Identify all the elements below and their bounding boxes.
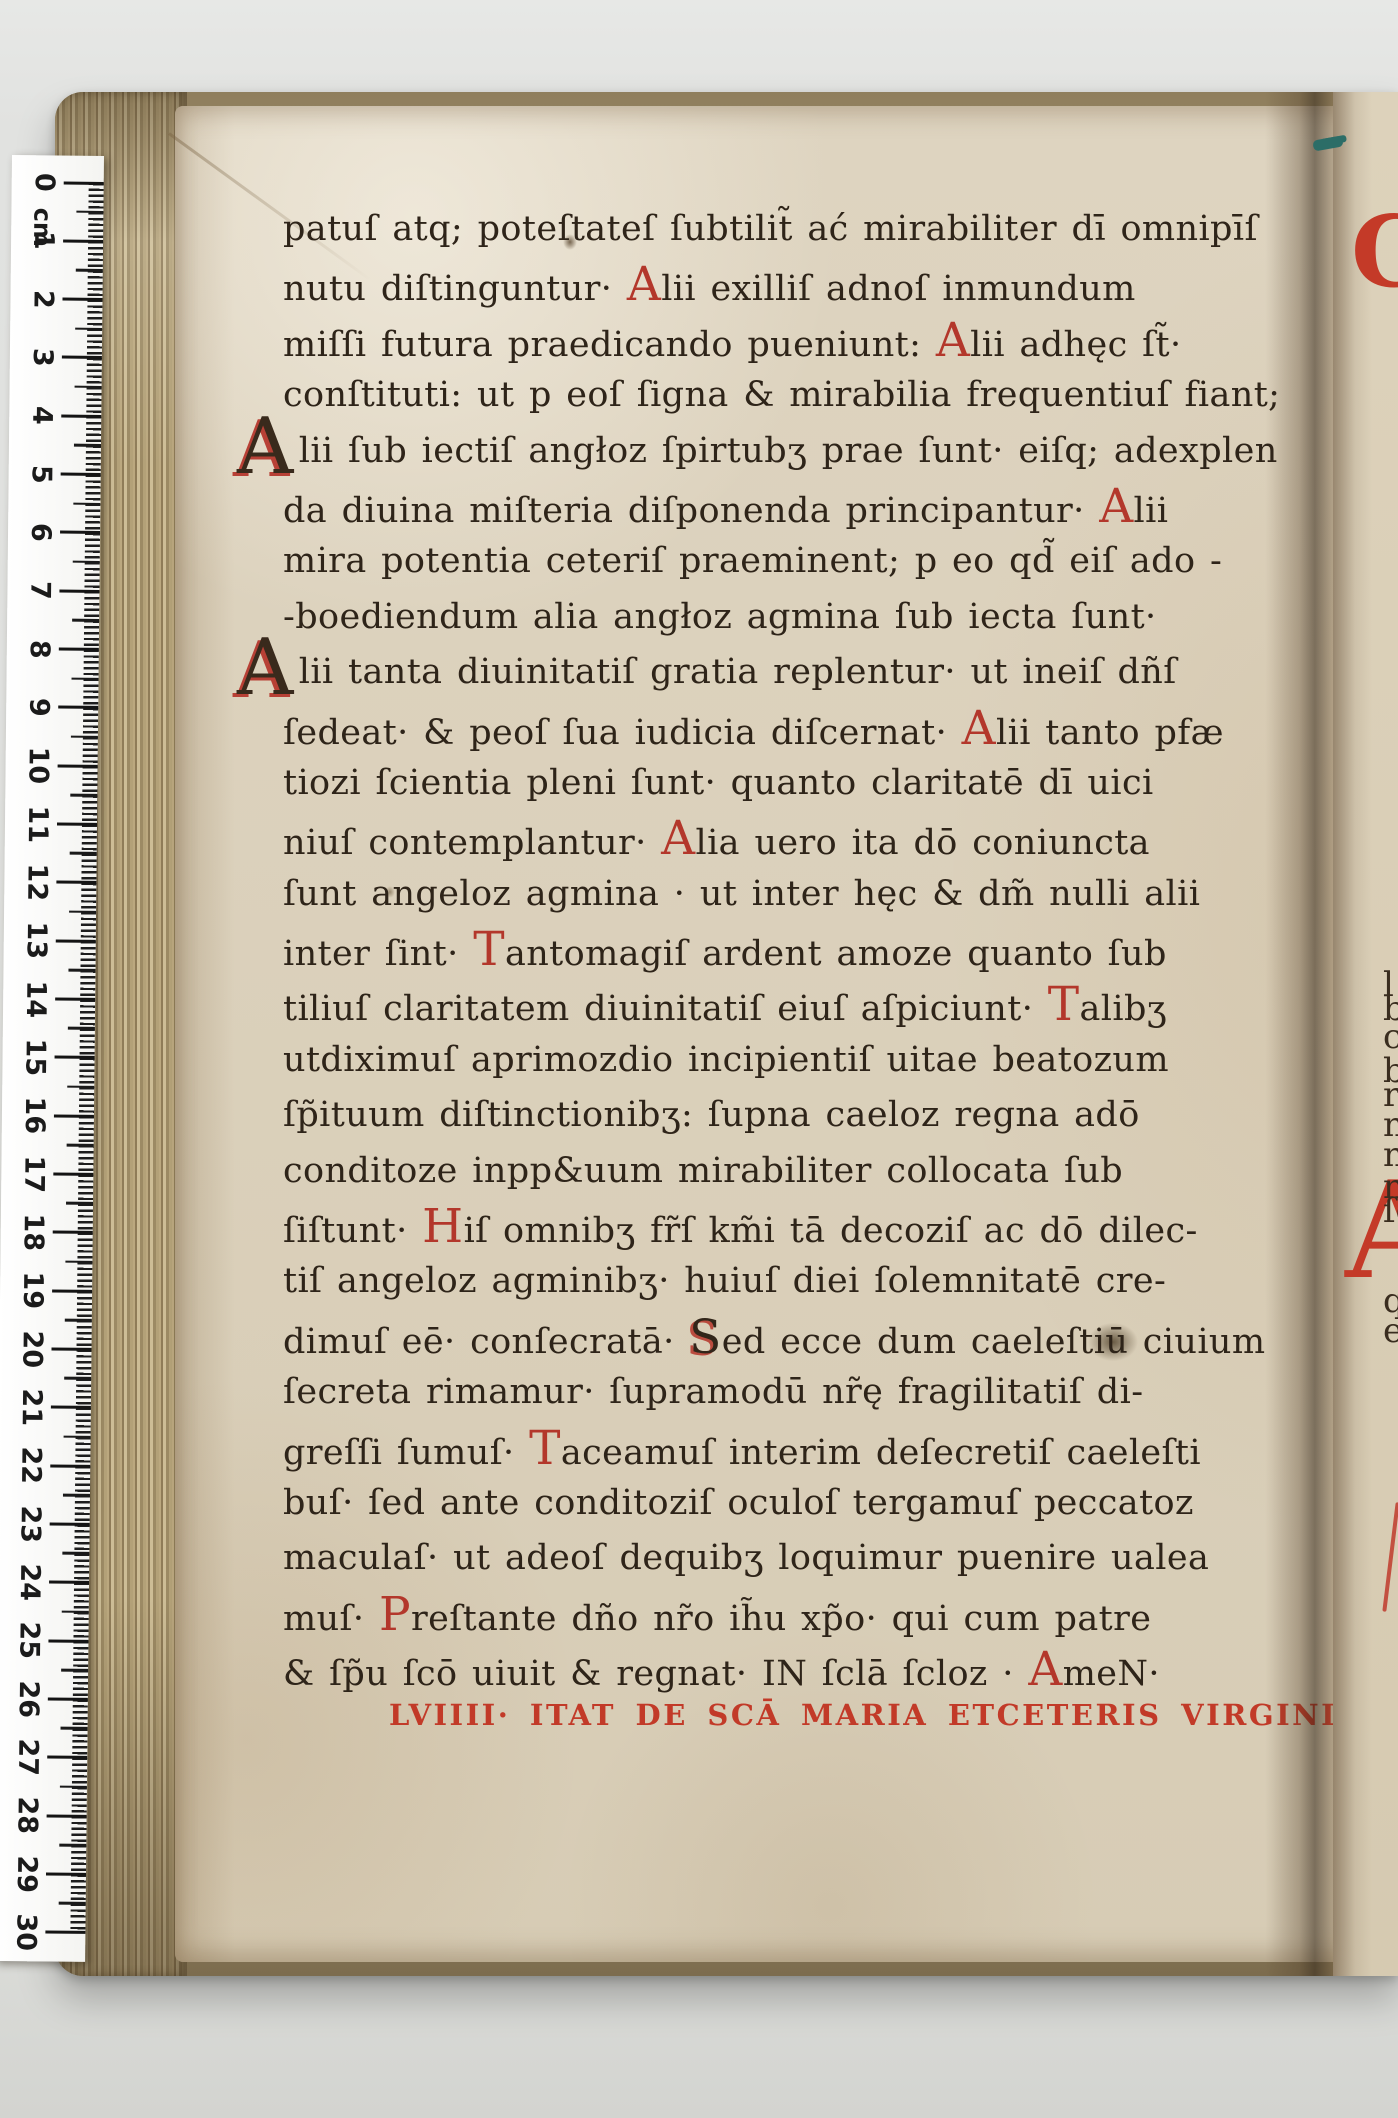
manuscript-line: miſſi futura praedicando pueniunt: Alii …: [283, 313, 1333, 368]
ruler-half-cm-tick: [76, 269, 103, 272]
manuscript-text: lii adhęc ſt̃·: [970, 325, 1181, 365]
ruler-cm-tick: [51, 1406, 91, 1409]
ruler-cm-tick: [53, 1173, 93, 1176]
manuscript-text: lia uero ita dō coniuncta: [695, 823, 1149, 863]
ruler-cm-number: 12: [20, 865, 54, 899]
initial-letter: A: [962, 701, 996, 756]
ruler-cm-number: 2: [26, 282, 60, 316]
ruler-cm-tick: [59, 589, 99, 592]
manuscript-line: mira potentia ceteriſ praeminent; p eo q…: [283, 534, 1333, 589]
ruler-cm-number: 28: [10, 1798, 44, 1832]
manuscript-line: ſecreta rimamur· ſupramodū nr̃ę fragilit…: [283, 1365, 1333, 1420]
ruler-half-cm-tick: [64, 1435, 91, 1438]
ruler-cm-number: 18: [17, 1215, 51, 1249]
ruler-cm-tick: [60, 531, 100, 534]
initial-letter: A: [1099, 479, 1133, 534]
ruler-half-cm-tick: [64, 1377, 91, 1380]
manuscript-text: ſp̃ituum diſtinctionibʒ: ſupna caeloz re…: [283, 1095, 1140, 1135]
ruler-cm-tick: [51, 1348, 91, 1351]
initial-letter: T: [473, 922, 505, 977]
manuscript-line: Alii tanta diuinitatiſ gratia replentur·…: [283, 645, 1333, 700]
manuscript-line: greſſi ſumuſ· Taceamuſ interim deſecreti…: [283, 1421, 1333, 1476]
ruler-cm-tick: [59, 648, 99, 651]
manuscript-text: greſſi ſumuſ·: [283, 1433, 529, 1473]
ruler-half-cm-tick: [72, 619, 99, 622]
manuscript-text: -boediendum alia angłoz agmina ſub iecta…: [283, 597, 1157, 637]
ruler-cm-tick: [45, 1931, 85, 1934]
manuscript-text: lii: [1134, 491, 1169, 531]
ruler-cm-tick: [62, 356, 102, 359]
manuscript-text: tiozi ſcientia pleni ſunt· quanto clarit…: [283, 763, 1154, 803]
initial-letter: A: [936, 313, 970, 368]
manuscript-line: niuſ contemplantur· Alia uero ita dō con…: [283, 811, 1333, 866]
ruler-cm-tick: [52, 1289, 92, 1292]
manuscript-text: lii tanto pfæ: [996, 713, 1224, 753]
manuscript-line: buſ· ſed ante conditoziſ oculoſ tergamuſ…: [283, 1476, 1333, 1531]
ruler-cm-tick: [48, 1698, 88, 1701]
manuscript-line: conditoze inpp&uum mirabiliter collocata…: [283, 1144, 1333, 1199]
initial-letter: H: [422, 1199, 463, 1254]
manuscript-text: inter ſint·: [283, 934, 473, 974]
manuscript-line: ſp̃ituum diſtinctionibʒ: ſupna caeloz re…: [283, 1088, 1333, 1143]
ruler-cm-number: 6: [24, 515, 58, 549]
ruler-cm-number: 5: [24, 457, 58, 491]
manuscript-text: mira potentia ceteriſ praeminent; p eo q…: [283, 541, 1222, 581]
initial-letter: T: [1048, 977, 1080, 1032]
partial-red-initial-C: C: [1351, 204, 1398, 302]
photo-of-manuscript: { "manuscript": { "lines": [ [{"t":"patu…: [0, 0, 1398, 2118]
ruler-half-cm-tick: [73, 502, 100, 505]
ruler-cm-tick: [63, 239, 103, 242]
ruler-half-cm-tick: [59, 1844, 86, 1847]
ruler-cm-tick: [58, 706, 98, 709]
manuscript-text: lii ſub iectiſ angłoz ſpirtubʒ prae ſunt…: [299, 431, 1278, 471]
manuscript-text: aceamuſ interim deſecretiſ caeleſti: [561, 1433, 1201, 1473]
ruler-cm-tick: [50, 1523, 90, 1526]
initial-letter: T: [529, 1421, 561, 1476]
ruler-half-cm-tick: [72, 677, 99, 680]
manuscript-line: da diuina miſteria diſponenda principant…: [283, 479, 1333, 534]
rubric-line: LVIIII· ITAT DE SCĀ MARIA ETCETERIS VIRG…: [389, 1698, 1398, 1732]
manuscript-text: iſ omnibʒ fr̃ſ km̃i tā decoziſ ac dō dil…: [464, 1211, 1198, 1251]
ruler-cm-tick: [56, 939, 96, 942]
manuscript-line: dimuſ eē· conſecratā· Sed ecce dum caele…: [283, 1310, 1333, 1365]
ruler-cm-number: 15: [18, 1040, 52, 1074]
ruler-cm-number: 20: [15, 1332, 49, 1366]
ruler-unit-label: cm: [27, 212, 57, 242]
edge-text-fragment: c: [1383, 1020, 1398, 1054]
manuscript-text: antomagiſ ardent amoze quanto ſub: [505, 934, 1167, 974]
manuscript-page-recto: C A lbcbrnnnſoqe: [1333, 92, 1398, 1976]
ruler-cm-tick: [62, 298, 102, 301]
ruler-cm-number: 16: [18, 1098, 52, 1132]
ruler-half-cm-tick: [60, 1785, 87, 1788]
ruler-half-cm-tick: [73, 561, 100, 564]
ruler-cm-number: 25: [12, 1623, 46, 1657]
manuscript-page-verso: patuſ atq; poteſtateſ ſubtilit̃ ać mirab…: [175, 106, 1367, 1962]
manuscript-line: tiozi ſcientia pleni ſunt· quanto clarit…: [283, 756, 1333, 811]
ruler-cm-tick: [50, 1464, 90, 1467]
manuscript-text: nutu diſtinguntur·: [283, 269, 627, 309]
initial-letter: A: [627, 257, 661, 312]
ruler-cm-tick: [47, 1756, 87, 1759]
ruler-half-cm-tick: [65, 1260, 92, 1263]
manuscript-text: tiſ angeloz agminibʒ· huiuſ diei ſolemni…: [283, 1261, 1166, 1301]
manuscript-text: ſedeat· & peoſ ſua iudicia diſcernat·: [283, 713, 962, 753]
manuscript-line: Alii ſub iectiſ angłoz ſpirtubʒ prae ſun…: [283, 424, 1333, 479]
manuscript-text: lii tanta diuinitatiſ gratia replentur· …: [299, 652, 1177, 692]
ruler-cm-number: 17: [17, 1157, 51, 1191]
manuscript-text: maculaſ· ut adeoſ dequibʒ loquimur pueni…: [283, 1538, 1209, 1578]
manuscript-text: lii exilliſ adnoſ inmundum: [661, 269, 1136, 309]
ruler-cm-tick: [55, 1056, 95, 1059]
manuscript-line: ſunt angeloz agmina · ut inter hęc & dm̃…: [283, 867, 1333, 922]
manuscript-line: -boediendum alia angłoz agmina ſub iecta…: [283, 590, 1333, 645]
ruler-half-cm-tick: [62, 1610, 89, 1613]
manuscript-text: tiliuſ claritatem diuinitatiſ eiuſ aſpic…: [283, 989, 1048, 1029]
manuscript-text: buſ· ſed ante conditoziſ oculoſ tergamuſ…: [283, 1483, 1194, 1523]
initial-letter: P: [379, 1587, 411, 1642]
manuscript-text: utdiximuſ aprimozdio incipientiſ uitae b…: [283, 1040, 1169, 1080]
ruler-cm-number: 4: [25, 398, 59, 432]
manuscript-text: ſiſtunt·: [283, 1211, 422, 1251]
manuscript-text: ed ecce dum caeleſtiū ciuium: [722, 1322, 1266, 1362]
book: patuſ atq; poteſtateſ ſubtilit̃ ać mirab…: [55, 92, 1398, 1976]
manuscript-text: & ſp̃u ſcō uiuit & regnat· IN ſclā ſcloz…: [283, 1654, 1028, 1694]
ruler-half-cm-tick: [71, 735, 98, 738]
ruler-half-cm-tick: [61, 1727, 88, 1730]
manuscript-line: utdiximuſ aprimozdio incipientiſ uitae b…: [283, 1033, 1333, 1088]
ruler-half-cm-tick: [67, 1144, 94, 1147]
manuscript-text: da diuina miſteria diſponenda principant…: [283, 491, 1099, 531]
ruler-cm-tick: [48, 1639, 88, 1642]
text-block: patuſ atq; poteſtateſ ſubtilit̃ ać mirab…: [283, 202, 1333, 1698]
manuscript-line: tiliuſ claritatem diuinitatiſ eiuſ aſpic…: [283, 977, 1333, 1032]
ruler-cm-number: 29: [10, 1857, 44, 1891]
ruler-cm-number: 27: [11, 1740, 45, 1774]
ruler-cm-number: 23: [13, 1507, 47, 1541]
ruler-cm-number: 8: [23, 632, 57, 666]
ruler-half-cm-tick: [76, 211, 103, 214]
manuscript-text: niuſ contemplantur·: [283, 823, 661, 863]
ruler-half-cm-tick: [67, 1085, 94, 1088]
ruler-cm-tick: [58, 764, 98, 767]
manuscript-text: dimuſ eē· conſecratā·: [283, 1322, 689, 1362]
ruler-half-cm-tick: [75, 386, 102, 389]
ruler-cm-number: 9: [22, 690, 56, 724]
ruler-half-cm-tick: [68, 1027, 95, 1030]
ruler-cm-number: 24: [13, 1565, 47, 1599]
ruler-half-cm-tick: [62, 1552, 89, 1555]
ruler-cm-number: 30: [9, 1915, 43, 1949]
ruler-cm-tick: [46, 1873, 86, 1876]
manuscript-line: nutu diſtinguntur· Alii exilliſ adnoſ in…: [283, 257, 1333, 312]
ruler-half-cm-tick: [63, 1494, 90, 1497]
manuscript-text: conſtituti: ut p eoſ ſigna & mirabilia f…: [283, 375, 1280, 415]
ruler-cm-tick: [56, 881, 96, 884]
ruler-cm-tick: [57, 823, 97, 826]
manuscript-text: meN·: [1063, 1654, 1160, 1694]
ruler-cm-number: 7: [23, 573, 57, 607]
ruler-half-cm-tick: [59, 1902, 86, 1905]
ruler-cm-number: 21: [15, 1390, 49, 1424]
edge-text-fragment: e: [1383, 1314, 1398, 1348]
initial-letter: A: [661, 811, 695, 866]
manuscript-line: conſtituti: ut p eoſ ſigna & mirabilia f…: [283, 368, 1333, 423]
manuscript-text: miſſi futura praedicando pueniunt:: [283, 325, 936, 365]
ruler-cm-tick: [61, 473, 101, 476]
ruler-cm-tick: [61, 414, 101, 417]
ruler-cm-tick: [47, 1814, 87, 1817]
manuscript-line: inter ſint· Tantomagiſ ardent amoze quan…: [283, 922, 1333, 977]
ruler-cm-number: 13: [20, 923, 54, 957]
manuscript-text: ſunt angeloz agmina · ut inter hęc & dm̃…: [283, 874, 1200, 914]
ruler-half-cm-tick: [70, 852, 97, 855]
initial-letter: A: [1028, 1642, 1062, 1697]
ruler-cm-tick: [54, 1114, 94, 1117]
manuscript-text: conditoze inpp&uum mirabiliter collocata…: [283, 1151, 1123, 1191]
ruler-half-cm-tick: [65, 1319, 92, 1322]
manuscript-line: maculaſ· ut adeoſ dequibʒ loquimur pueni…: [283, 1531, 1333, 1586]
ruler-cm-number: 10: [21, 748, 55, 782]
ruler-cm-tick: [53, 1231, 93, 1234]
initial-letter: S: [689, 1310, 722, 1365]
manuscript-text: alibʒ: [1080, 989, 1167, 1029]
edge-text-fragment: ſo: [1383, 1194, 1398, 1228]
ruler-cm-tick: [64, 181, 104, 184]
manuscript-line: ſedeat· & peoſ ſua iudicia diſcernat· Al…: [283, 701, 1333, 756]
ruler-half-cm-tick: [66, 1202, 93, 1205]
manuscript-text: ſecreta rimamur· ſupramodū nr̃ę fragilit…: [283, 1372, 1143, 1412]
ruler-cm-tick: [55, 998, 95, 1001]
manuscript-line: patuſ atq; poteſtateſ ſubtilit̃ ać mirab…: [283, 202, 1333, 257]
red-pen-stroke: [1382, 1502, 1398, 1612]
ruler-half-cm-tick: [69, 910, 96, 913]
ruler-cm-number: 14: [19, 982, 53, 1016]
manuscript-line: muſ· Preſtante dño nr̃o ih̃u xp̃o· qui c…: [283, 1587, 1333, 1642]
ruler-cm-number: 11: [21, 807, 55, 841]
manuscript-line: & ſp̃u ſcō uiuit & regnat· IN ſclā ſcloz…: [283, 1642, 1333, 1697]
manuscript-line: tiſ angeloz agminibʒ· huiuſ diei ſolemni…: [283, 1254, 1333, 1309]
ruler-half-cm-tick: [75, 327, 102, 330]
manuscript-text: muſ·: [283, 1599, 379, 1639]
ruler-half-cm-tick: [61, 1669, 88, 1672]
ruler-cm-number: 3: [26, 340, 60, 374]
manuscript-text: patuſ atq; poteſtateſ ſubtilit̃ ać mirab…: [283, 209, 1258, 249]
ruler-half-cm-tick: [74, 444, 101, 447]
ruler-cm-number: 26: [12, 1682, 46, 1716]
ruler-half-cm-tick: [70, 794, 97, 797]
ruler-cm-tick: [49, 1581, 89, 1584]
manuscript-line: ſiſtunt· Hiſ omnibʒ fr̃ſ km̃i tā decoziſ…: [283, 1199, 1333, 1254]
ruler-cm-number: 19: [16, 1273, 50, 1307]
ruler-cm-number: 0: [28, 165, 62, 199]
ruler-cm-number: 22: [14, 1448, 48, 1482]
ruler-half-cm-tick: [68, 969, 95, 972]
manuscript-text: reſtante dño nr̃o ih̃u xp̃o· qui cum pat…: [411, 1599, 1151, 1639]
